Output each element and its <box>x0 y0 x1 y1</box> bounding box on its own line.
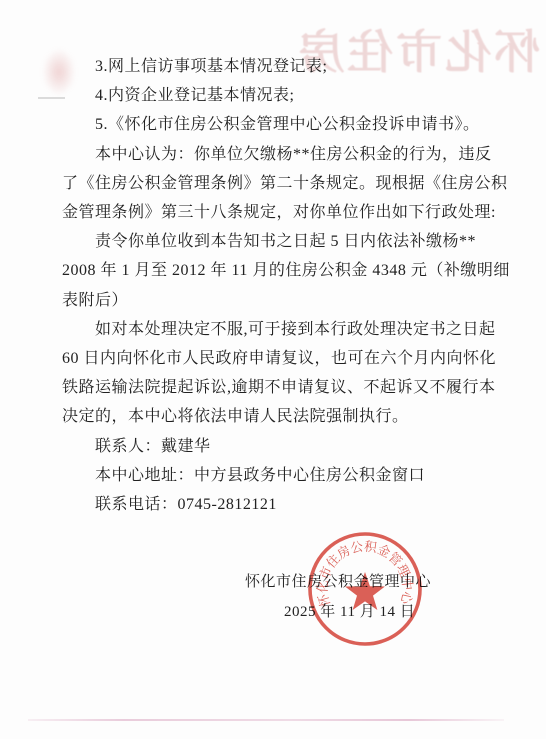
document-line: 3.网上信访事项基本情况登记表; <box>62 52 514 81</box>
document-line: 本中心认为：你单位欠缴杨**住房公积金的行为，违反 <box>62 140 514 169</box>
document-line: 了《住房公积金管理条例》第二十条规定。现根据《住房公积 <box>62 169 514 198</box>
document-page: 怀化市住房 3.网上信访事项基本情况登记表; 4.内资企业登记基本情况表; 5.… <box>0 0 546 739</box>
document-line: 金管理条例》第三十八条规定，对你单位作出如下行政处理: <box>62 198 514 227</box>
contact-phone-line: 联系电话：0745-2812121 <box>62 490 514 519</box>
bleed-through-line <box>28 719 504 721</box>
contact-person-line: 联系人：戴建华 <box>62 432 514 461</box>
document-line: 2008 年 1 月至 2012 年 11 月的住房公积金 4348 元（补缴明… <box>62 256 514 285</box>
document-line: 决定的，本中心将依法申请人民法院强制执行。 <box>62 402 514 431</box>
scan-mark <box>38 97 65 99</box>
signature-date: 2025 年 11 月 14 日 <box>284 600 415 621</box>
document-line: 铁路运输法院提起诉讼,逾期不申请复议、不起诉又不履行本 <box>62 373 514 402</box>
contact-address-line: 本中心地址：中方县政务中心住房公积金窗口 <box>62 461 514 490</box>
document-body: 3.网上信访事项基本情况登记表; 4.内资企业登记基本情况表; 5.《怀化市住房… <box>62 52 514 519</box>
document-line: 责令你单位收到本告知书之日起 5 日内依法补缴杨** <box>62 227 514 256</box>
document-line: 5.《怀化市住房公积金管理中心公积金投诉申请书》。 <box>62 110 514 139</box>
document-line: 表附后） <box>62 286 514 315</box>
document-line: 4.内资企业登记基本情况表; <box>62 81 514 110</box>
document-line: 如对本处理决定不服,可于接到本行政处理决定书之日起 <box>62 315 514 344</box>
document-line: 60 日内向怀化市人民政府申请复议，也可在六个月内向怀化 <box>62 344 514 373</box>
signature-organization: 怀化市住房公积金管理中心 <box>245 570 431 591</box>
